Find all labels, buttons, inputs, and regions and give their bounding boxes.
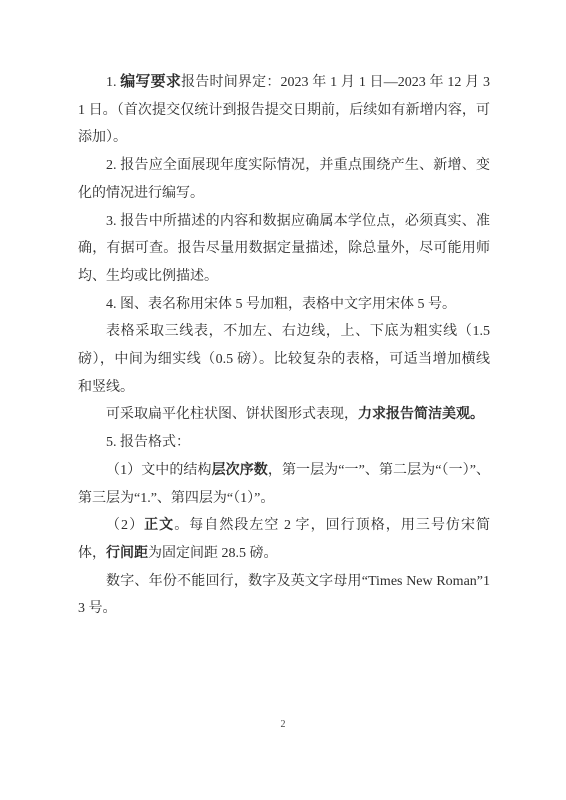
paragraph-format-2-body-text: （2）正文。每自然段左空 2 字，回行顶格，用三号仿宋简体，行间距为固定间距 2… bbox=[78, 512, 490, 567]
paragraph-item-3-data-accuracy: 3. 报告中所描述的内容和数据应确属本学位点，必须真实、准确，有据可查。报告尽量… bbox=[78, 208, 490, 291]
text-run: （2） bbox=[106, 518, 144, 533]
text-run: 5. 报告格式： bbox=[106, 435, 190, 450]
paragraph-item-2-annual-overview: 2. 报告应全面展现年度实际情况，并重点围绕产生、新增、变化的情况进行编写。 bbox=[78, 152, 490, 207]
text-run: 1. bbox=[106, 75, 120, 90]
text-run: 数字、年份不能回行，数字及英文字母用“Times New Roman”13 号。 bbox=[78, 574, 490, 617]
paragraph-numbers-latin-note: 数字、年份不能回行，数字及英文字母用“Times New Roman”13 号。 bbox=[78, 568, 490, 623]
text-run: 2. 报告应全面展现年度实际情况，并重点围绕产生、新增、变化的情况进行编写。 bbox=[78, 158, 490, 201]
text-run: 为固定间距 28.5 磅。 bbox=[148, 546, 278, 561]
text-run: 4. 图、表名称用宋体 5 号加粗，表格中文字用宋体 5 号。 bbox=[106, 297, 456, 312]
page-number: 2 bbox=[0, 719, 566, 730]
document-page: 1. 编写要求报告时间界定：2023 年 1 月 1 日—2023 年 12 月… bbox=[0, 0, 566, 800]
text-run: 正文 bbox=[144, 518, 174, 533]
document-body: 1. 编写要求报告时间界定：2023 年 1 月 1 日—2023 年 12 月… bbox=[78, 68, 490, 623]
paragraph-item-1-writing-requirements: 1. 编写要求报告时间界定：2023 年 1 月 1 日—2023 年 12 月… bbox=[78, 68, 490, 152]
text-run: 可采取扁平化柱状图、饼状图形式表现， bbox=[106, 407, 358, 422]
paragraph-chart-style-note: 可采取扁平化柱状图、饼状图形式表现，力求报告简洁美观。 bbox=[78, 401, 490, 429]
text-run: 3. 报告中所描述的内容和数据应确属本学位点，必须真实、准确，有据可查。报告尽量… bbox=[78, 214, 490, 284]
paragraph-item-5-report-format: 5. 报告格式： bbox=[78, 429, 490, 457]
text-run: 层次序数 bbox=[212, 463, 268, 478]
text-run: 力求报告简洁美观。 bbox=[358, 407, 484, 422]
paragraph-format-1-structure-numbering: （1）文中的结构层次序数，第一层为“一”、第二层为“（一）”、第三层为“1.”、… bbox=[78, 457, 490, 512]
text-run: 表格采取三线表，不加左、右边线，上、下底为粗实线（1.5 磅），中间为细实线（0… bbox=[78, 324, 490, 394]
paragraph-table-style-note: 表格采取三线表，不加左、右边线，上、下底为粗实线（1.5 磅），中间为细实线（0… bbox=[78, 318, 490, 401]
paragraph-item-4-figure-table-font: 4. 图、表名称用宋体 5 号加粗，表格中文字用宋体 5 号。 bbox=[78, 291, 490, 319]
text-run: 行间距 bbox=[106, 546, 148, 561]
text-run: （1）文中的结构 bbox=[106, 463, 212, 478]
text-run: 编写要求 bbox=[120, 73, 181, 90]
